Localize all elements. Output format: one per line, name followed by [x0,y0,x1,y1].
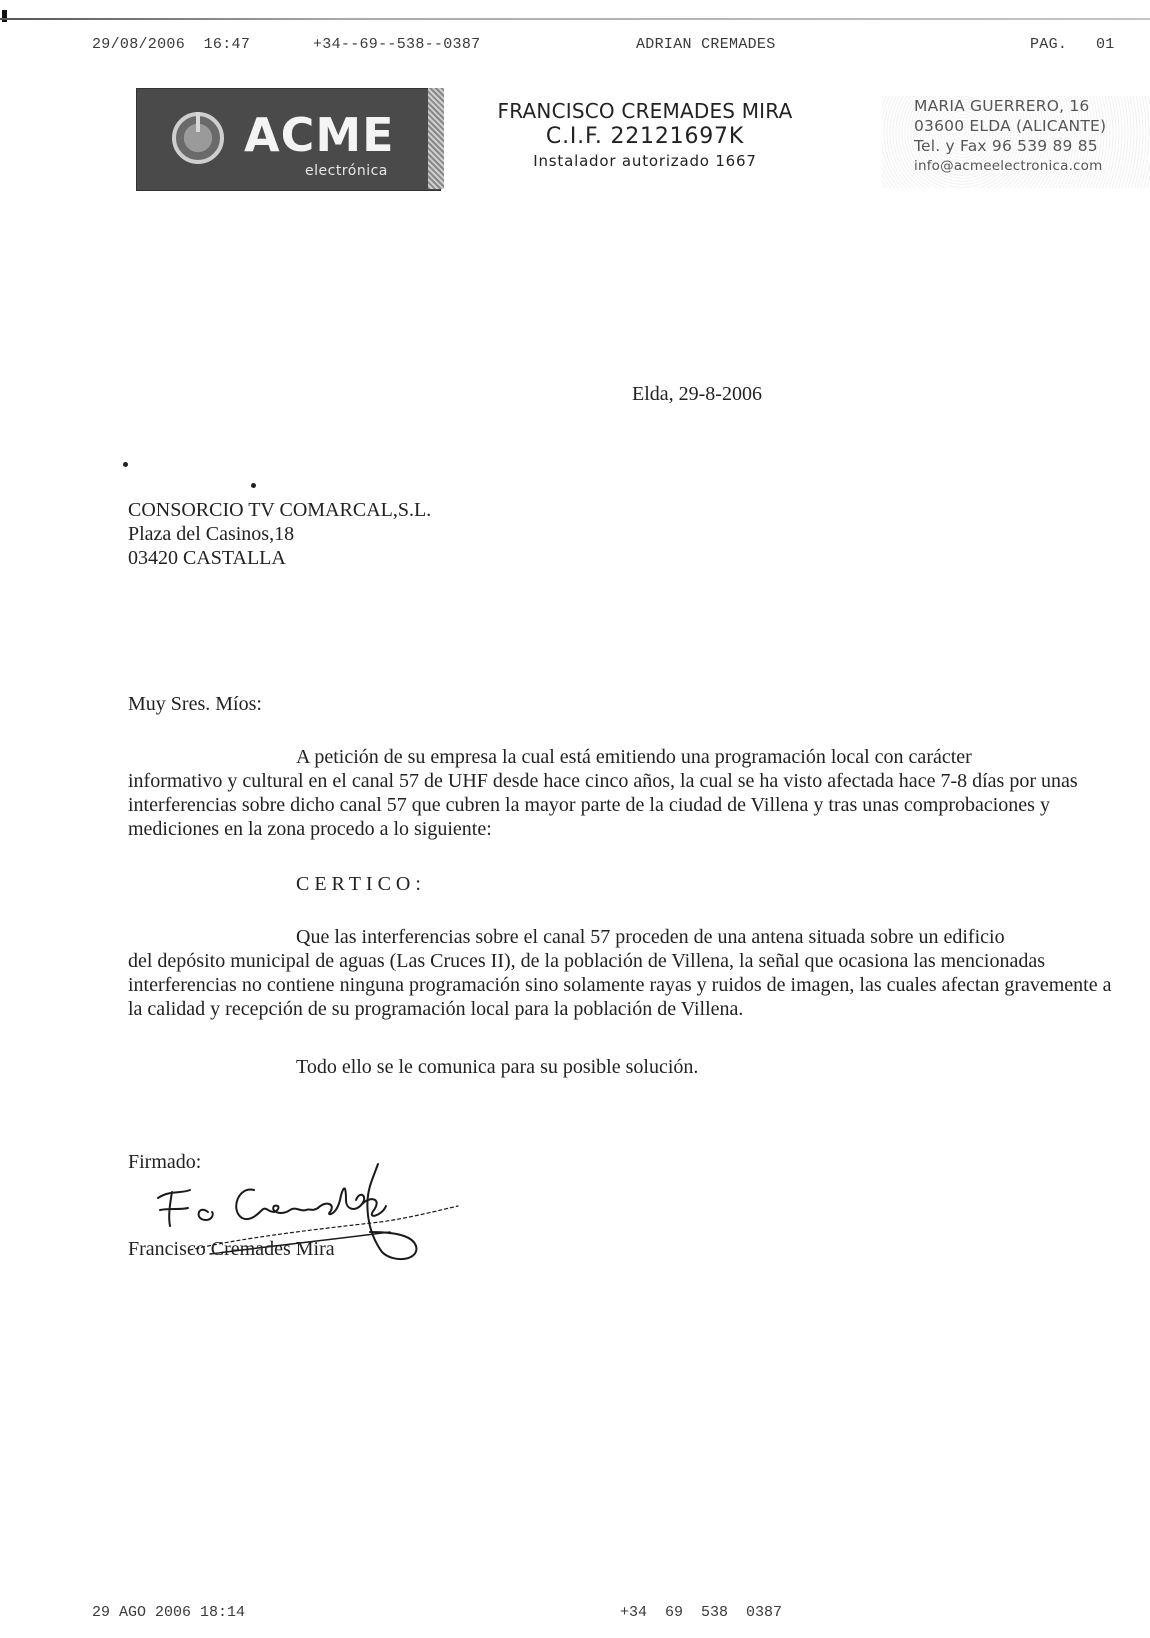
fax-header-sender: ADRIAN CREMADES [636,36,776,53]
scan-speck [123,462,128,467]
fax-header-datetime: 29/08/2006 16:47 [92,36,250,53]
company-address: MARIA GUERRERO, 16 03600 ELDA (ALICANTE)… [882,96,1150,188]
address-street: MARIA GUERRERO, 16 [914,96,1150,116]
fax-footer-phone: +34 69 538 0387 [620,1604,782,1621]
fax-footer-datetime: 29 AGO 2006 18:14 [92,1604,245,1621]
fax-header-page-label: PAG. [1030,36,1067,53]
closing-line: Todo ello se le comunica para su posible… [296,1055,698,1079]
company-name: FRANCISCO CREMADES MIRA [480,98,810,124]
logo-stripe [428,88,444,189]
paragraph-request-body: informativo y cultural en el canal 57 de… [128,769,1123,841]
company-block: FRANCISCO CREMADES MIRA C.I.F. 22121697K… [480,98,810,172]
scan-speck [251,483,256,488]
company-license: Instalador autorizado 1667 [480,150,810,172]
paragraph-certification: Que las interferencias sobre el canal 57… [128,925,1123,1021]
address-phone: Tel. y Fax 96 539 89 85 [914,136,1150,156]
scan-mark [2,10,7,22]
power-emblem-icon [172,112,224,164]
recipient-block: CONSORCIO TV COMARCAL,S.L. Plaza del Cas… [128,498,431,570]
fax-top-rule [0,18,1150,20]
paragraph-request-first-line: A petición de su empresa la cual está em… [128,745,1123,769]
paragraph-certification-body: del depósito municipal de aguas (Las Cru… [128,949,1123,1021]
recipient-company: CONSORCIO TV COMARCAL,S.L. [128,498,431,522]
company-cif: C.I.F. 22121697K [480,124,810,150]
logo-subtitle: electrónica [305,163,388,179]
address-email: info@acmeelectronica.com [914,156,1150,176]
fax-header-phone: +34--69--538--0387 [313,36,480,53]
recipient-street: Plaza del Casinos,18 [128,522,431,546]
paragraph-certification-first-line: Que las interferencias sobre el canal 57… [128,925,1123,949]
address-city: 03600 ELDA (ALICANTE) [914,116,1150,136]
certification-heading: CERTICO: [296,872,426,896]
fax-header-page-number: 01 [1096,36,1115,53]
logo-name: ACME [244,112,395,158]
recipient-city: 03420 CASTALLA [128,546,431,570]
paragraph-request: A petición de su empresa la cual está em… [128,745,1123,841]
salutation: Muy Sres. Míos: [128,692,262,716]
signer-name: Francisco Cremades Mira [128,1237,335,1261]
place-date: Elda, 29-8-2006 [632,382,762,406]
